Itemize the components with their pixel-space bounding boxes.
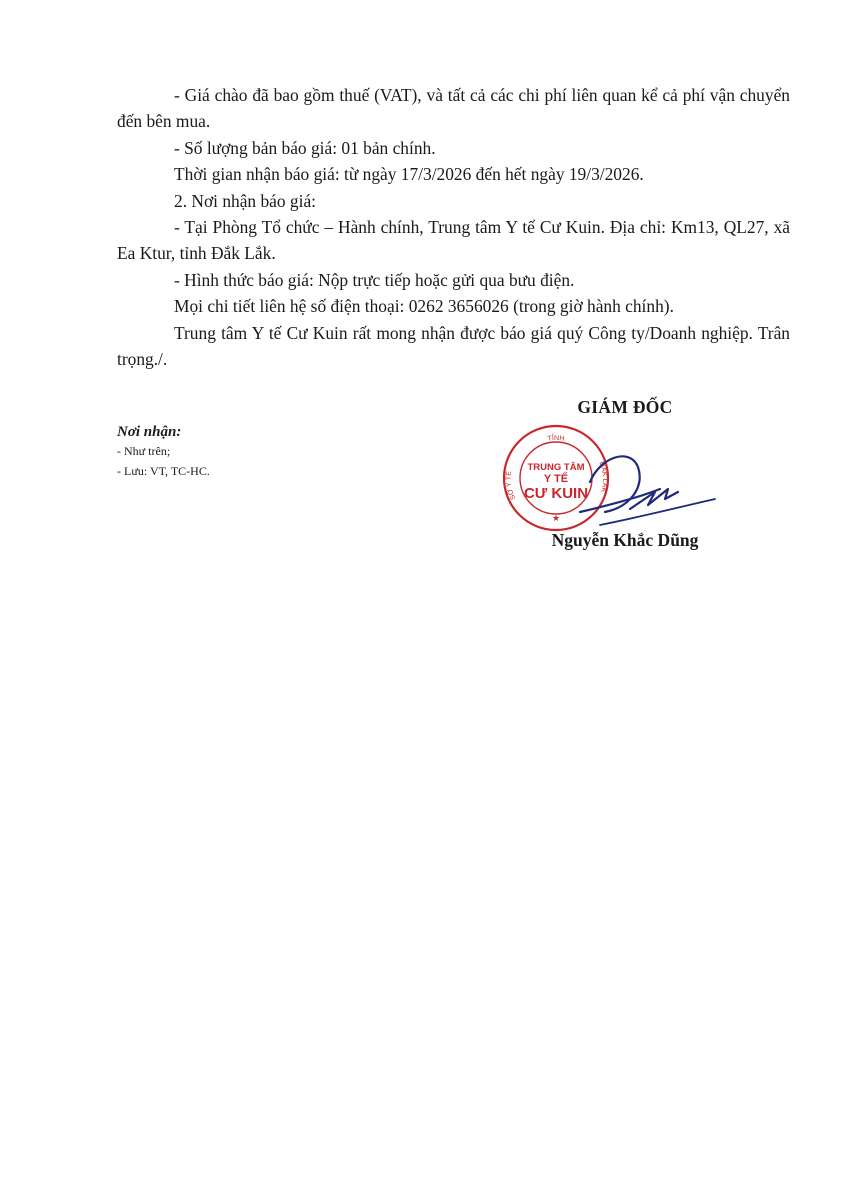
signer-title: GIÁM ĐỐC bbox=[470, 397, 780, 418]
signer-name: Nguyễn Khắc Dũng bbox=[470, 530, 780, 551]
paragraph-address: - Tại Phòng Tổ chức – Hành chính, Trung … bbox=[117, 214, 790, 267]
svg-text:★: ★ bbox=[552, 513, 560, 523]
document-body: - Giá chào đã bao gồm thuế (VAT), và tất… bbox=[117, 82, 790, 372]
recipients-block: Nơi nhận: - Như trên; - Lưu: VT, TC-HC. bbox=[117, 423, 367, 481]
document-page: - Giá chào đã bao gồm thuế (VAT), và tất… bbox=[0, 0, 849, 1200]
paragraph-closing: Trung tâm Y tế Cư Kuin rất mong nhận đượ… bbox=[117, 320, 790, 373]
paragraph-quote-count: - Số lượng bản báo giá: 01 bản chính. bbox=[117, 135, 790, 161]
recipients-label: Nơi nhận: bbox=[117, 423, 367, 441]
paragraph-price-vat: - Giá chào đã bao gồm thuế (VAT), và tất… bbox=[117, 82, 790, 135]
handwritten-signature-icon bbox=[560, 437, 720, 527]
paragraph-receive-period: Thời gian nhận báo giá: từ ngày 17/3/202… bbox=[117, 161, 790, 187]
signature-block: GIÁM ĐỐC TỈNH SỞ Y TẾ ĐẮK LẮK TRUNG TÂM … bbox=[470, 397, 780, 567]
paragraph-submission-method: - Hình thức báo giá: Nộp trực tiếp hoặc … bbox=[117, 267, 790, 293]
recipient-item: - Lưu: VT, TC-HC. bbox=[117, 461, 367, 481]
section-heading-receive-location: 2. Nơi nhận báo giá: bbox=[117, 188, 790, 214]
paragraph-contact-phone: Mọi chi tiết liên hệ số điện thoại: 0262… bbox=[117, 293, 790, 319]
recipient-item: - Như trên; bbox=[117, 441, 367, 461]
